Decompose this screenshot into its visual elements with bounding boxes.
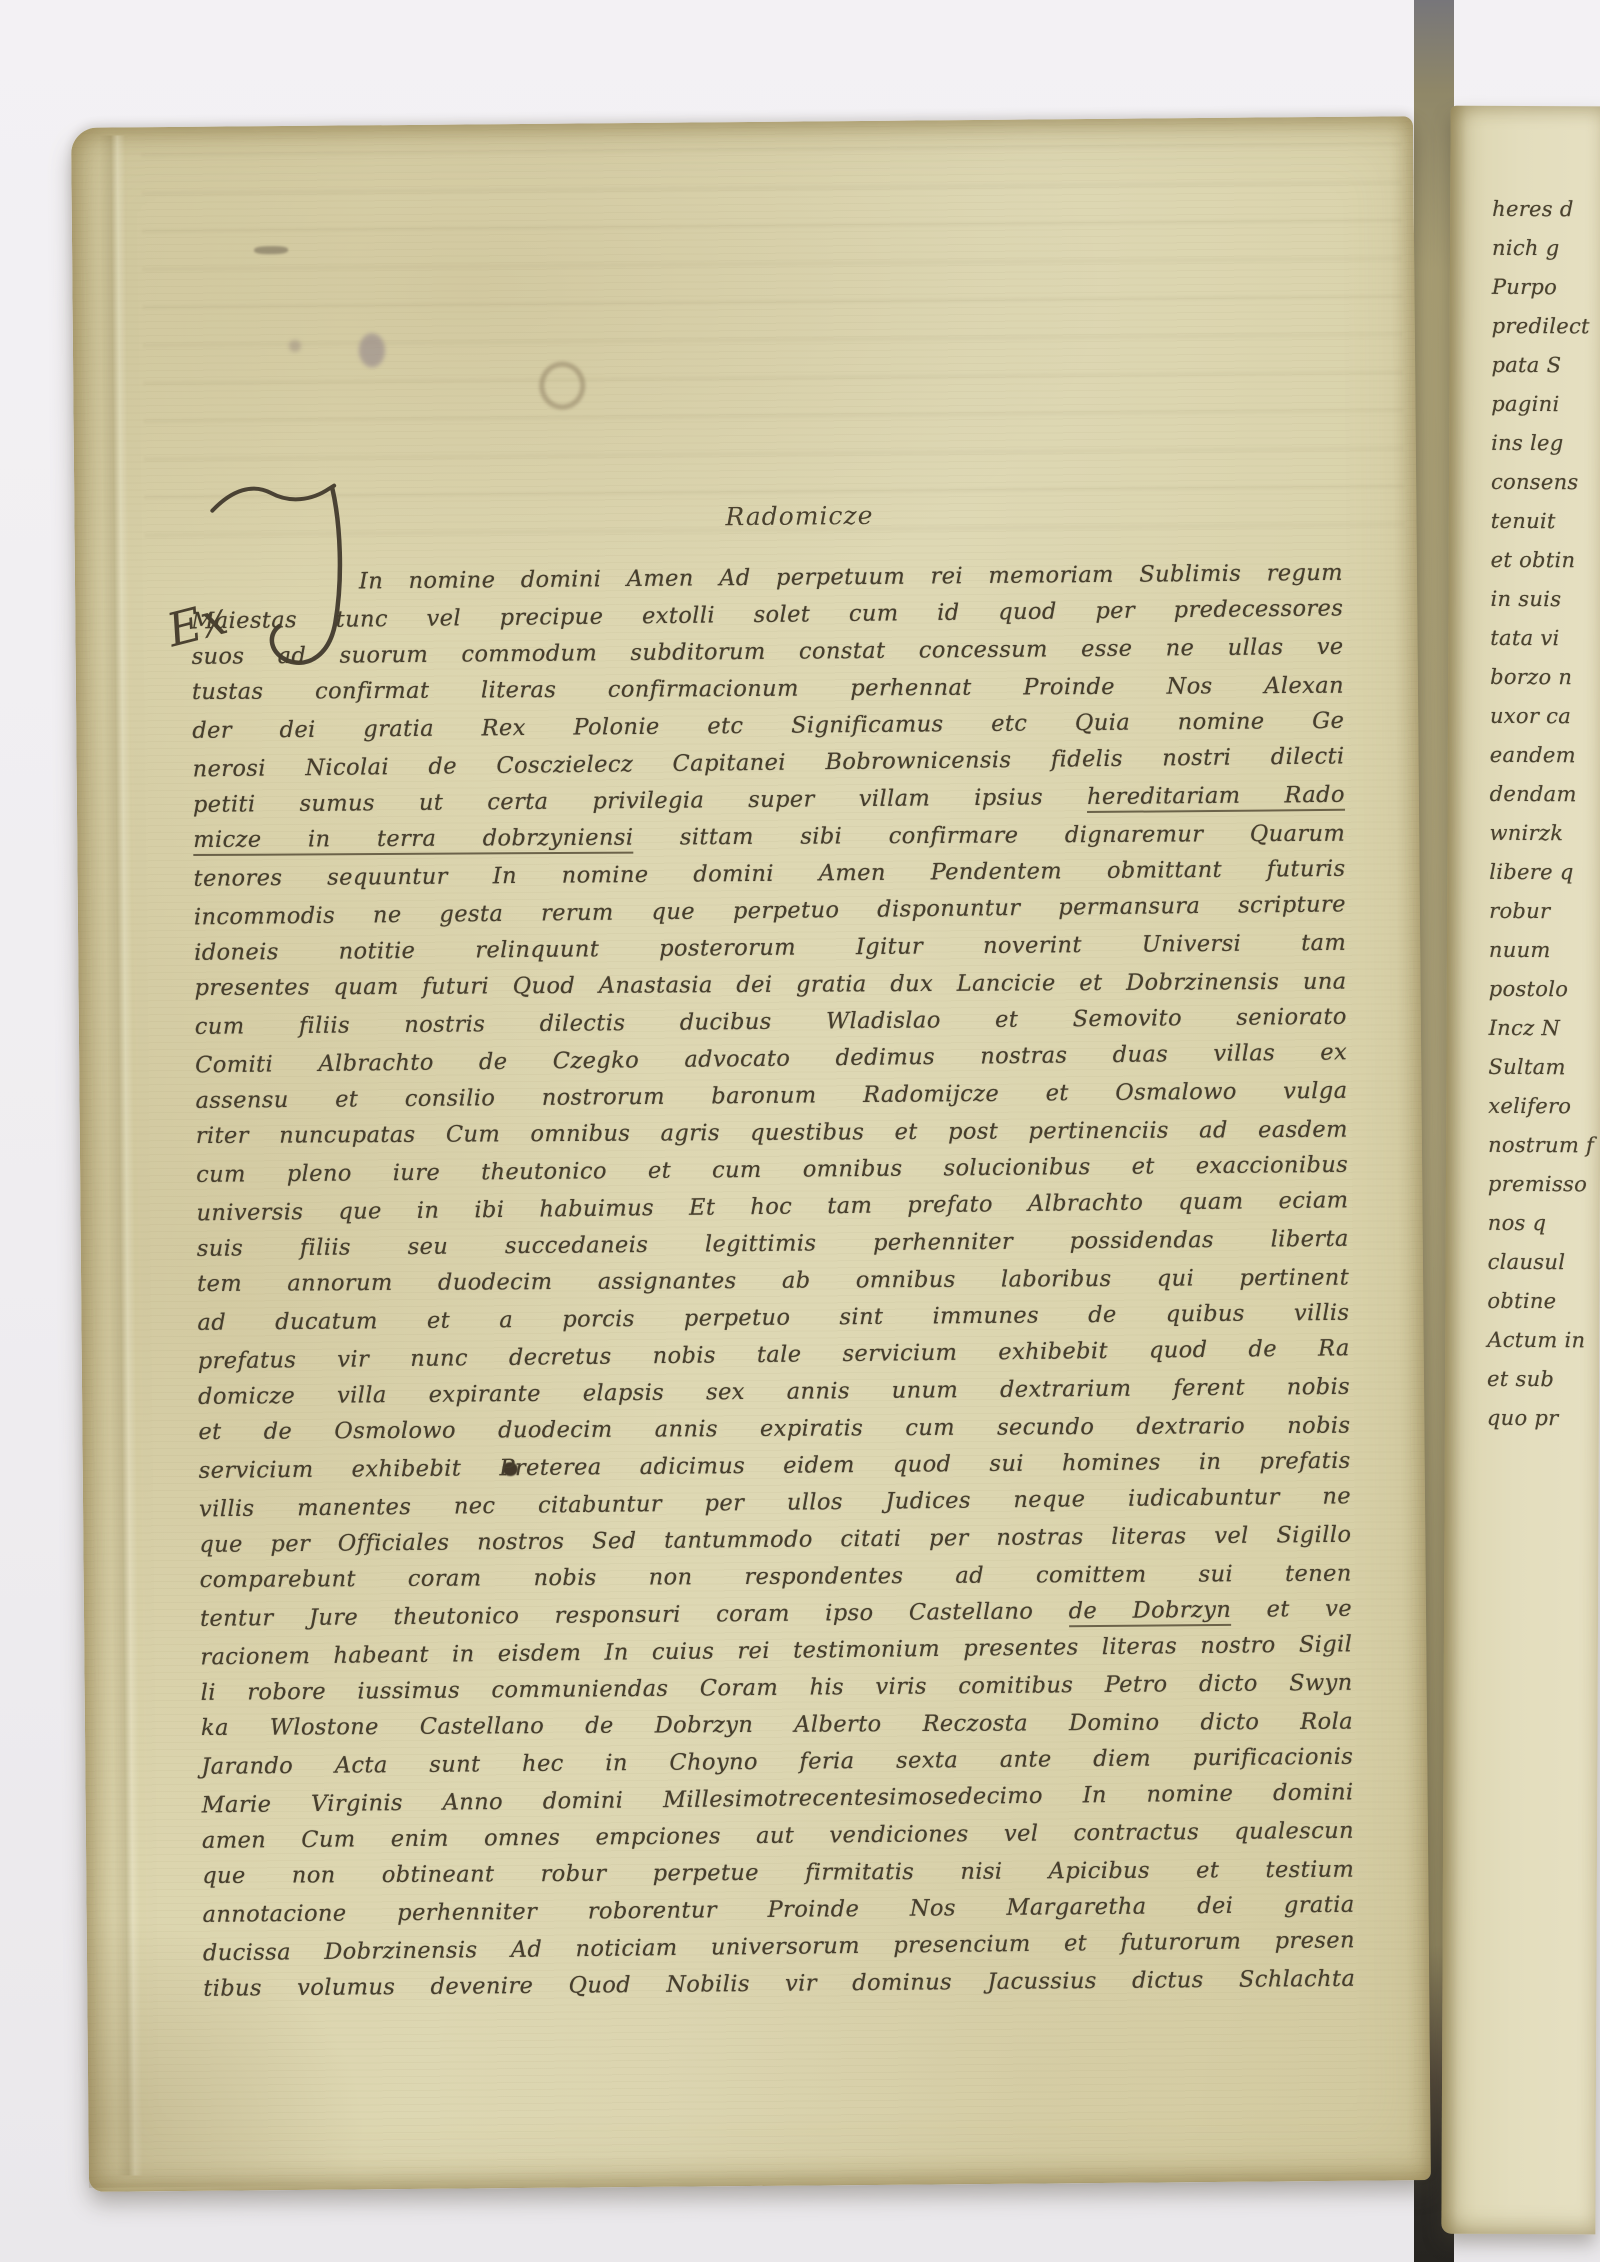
underlined-text: micze in terra dobrzyniensi <box>193 825 633 856</box>
side-text-line: borzo n <box>1490 658 1596 697</box>
text-line: micze in terra dobrzyniensi sittam sibi … <box>193 816 1345 859</box>
underlined-text: de Dobrzyn <box>1069 1597 1232 1627</box>
side-text-line: wnirzk <box>1489 814 1595 853</box>
text-line: presentes quam futuri Quod Anastasia dei… <box>194 964 1346 1007</box>
side-text-line: pata S <box>1491 346 1597 385</box>
side-text-line: xelifero <box>1488 1087 1594 1126</box>
side-text-line: libere q <box>1489 853 1595 892</box>
text-line: que non obtineant robur perpetue firmita… <box>202 1852 1354 1895</box>
side-text-line: tata vi <box>1490 619 1596 658</box>
side-text-line: nos q <box>1488 1204 1594 1243</box>
text-line: tustas confirmat literas confirmacionum … <box>192 668 1344 711</box>
manuscript-text: In nomine domini Amen Ad perpetuum rei m… <box>191 555 1356 2008</box>
side-text-line: Actum in <box>1487 1321 1593 1360</box>
underlined-text: hereditariam Rado <box>1087 782 1345 813</box>
text-line: riter nuncupatas Cum omnibus agris quest… <box>196 1112 1348 1155</box>
manuscript-photo: Radomicze Ex In nomine domini Amen Ad pe… <box>0 0 1600 2262</box>
next-page-text: heres dnich gPurpopredilectpata Spaginii… <box>1487 190 1598 1438</box>
side-text-line: nostrum f <box>1488 1126 1594 1165</box>
side-text-line: in suis <box>1490 580 1596 619</box>
side-text-line: premisso <box>1488 1165 1594 1204</box>
side-text-line: dendam <box>1490 775 1596 814</box>
side-text-line: nuum <box>1489 931 1595 970</box>
text-line: et de Osmolowo duodecim annis expiratis … <box>198 1408 1350 1451</box>
text-line: comparebunt coram nobis non respondentes… <box>200 1556 1352 1599</box>
side-text-line: tenuit <box>1491 502 1597 541</box>
side-text-line: heres d <box>1492 190 1598 229</box>
side-text-line: postolo <box>1489 970 1595 1009</box>
side-text-line: nich g <box>1492 229 1598 268</box>
side-text-line: pagini <box>1491 385 1597 424</box>
stain <box>539 361 585 409</box>
side-text-line: ins leg <box>1491 424 1597 463</box>
text-line: ka Wlostone Castellano de Dobrzyn Albert… <box>201 1704 1353 1747</box>
side-text-line: eandem <box>1490 736 1596 775</box>
page-heading: Radomicze <box>634 500 964 532</box>
stain <box>359 333 385 367</box>
side-text-line: clausul <box>1488 1243 1594 1282</box>
side-text-line: uxor ca <box>1490 697 1596 736</box>
fold-crease <box>99 135 143 2175</box>
text-line: tem annorum duodecim assignantes ab omni… <box>197 1260 1349 1303</box>
side-text-line: et obtin <box>1491 541 1597 580</box>
side-text-line: Purpo <box>1492 268 1598 307</box>
side-text-line: quo pr <box>1487 1399 1593 1438</box>
side-text-line: Sultam <box>1488 1048 1594 1087</box>
ink-showthrough <box>141 142 1405 563</box>
stain <box>254 246 288 254</box>
side-text-line: consens <box>1491 463 1597 502</box>
side-text-line: et sub <box>1487 1360 1593 1399</box>
side-text-line: robur <box>1489 892 1595 931</box>
side-text-line: Incz N <box>1489 1009 1595 1048</box>
side-text-line: obtine <box>1487 1282 1593 1321</box>
stain <box>289 340 301 352</box>
manuscript-page: Radomicze Ex In nomine domini Amen Ad pe… <box>71 116 1431 2192</box>
side-text-line: predilect <box>1492 307 1598 346</box>
next-page-sliver: heres dnich gPurpopredilectpata Spaginii… <box>1441 106 1600 2235</box>
